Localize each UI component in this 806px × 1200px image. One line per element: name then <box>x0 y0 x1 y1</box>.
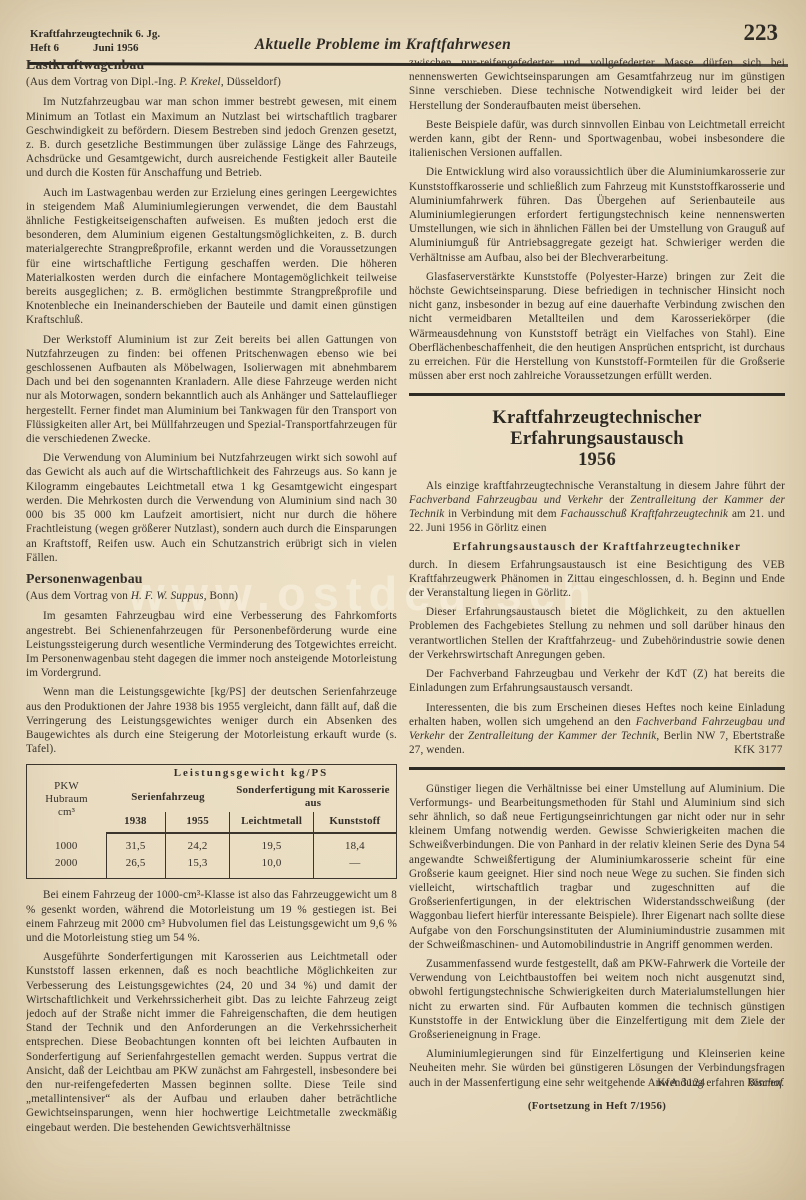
author-signature: Bischof <box>747 1077 783 1089</box>
paragraph: Wenn man die Leistungsgewichte [kg/PS] d… <box>26 685 397 756</box>
column-left: Lastkraftwagenbau (Aus dem Vortrag von D… <box>26 56 397 1192</box>
table-cell: 24,2 <box>165 833 230 855</box>
paragraph: Zusammenfassend wurde festgestellt, daß … <box>409 957 785 1042</box>
paragraph: Dieser Erfahrungsaustausch bietet die Mö… <box>409 605 785 662</box>
table-cell: 19,5 <box>230 833 313 855</box>
table-col-leichtmetall: Leichtmetall <box>230 812 313 833</box>
reference-code-kfa: KfA 3124Bischof <box>640 1076 783 1090</box>
table-col-kunststoff: Kunststoff <box>313 812 396 833</box>
paragraph: Interessenten, die bis zum Erscheinen di… <box>409 701 785 758</box>
table-cell: 10,0 <box>230 855 313 879</box>
paragraph: durch. In diesem Erfahrungsaustausch ist… <box>409 558 785 601</box>
paragraph: Auch im Lastwagenbau werden zur Erzielun… <box>26 186 397 328</box>
table-row: 2000 26,5 15,3 10,0 — <box>27 855 397 879</box>
paragraph: zwischen nur-reifengefederter und vollge… <box>409 56 785 113</box>
table-cell: 1000 <box>27 833 107 855</box>
paragraph: Im gesamten Fahrzeugbau wird eine Verbes… <box>26 609 397 680</box>
leistungsgewicht-table: PKW Hubraum cm³ Leistungsgewicht kg/PS S… <box>26 764 397 879</box>
paragraph: Ausgeführte Sonderfertigungen mit Kaross… <box>26 950 397 1135</box>
journal-page: Kraftfahrzeugtechnik 6. Jg. Heft 6 Juni … <box>0 0 806 1200</box>
table-row: 1000 31,5 24,2 19,5 18,4 <box>27 833 397 855</box>
paragraph: Der Werkstoff Aluminium ist zur Zeit ber… <box>26 333 397 447</box>
column-right: zwischen nur-reifengefederter und vollge… <box>409 56 785 1192</box>
paragraph: Bei einem Fahrzeug der 1000-cm³-Klasse i… <box>26 888 397 945</box>
table-col-1938: 1938 <box>106 812 165 833</box>
section-heading-lastkraftwagenbau: Lastkraftwagenbau <box>26 58 397 72</box>
table-cell: 31,5 <box>106 833 165 855</box>
article-heading: Kraftfahrzeugtechnischer Erfahrungsausta… <box>409 408 785 471</box>
paragraph: Glasfaserverstärkte Kunststoffe (Polyest… <box>409 270 785 384</box>
table-header-leistungsgewicht: Leistungsgewicht kg/PS <box>106 765 396 783</box>
page-number: 223 <box>744 20 779 46</box>
paragraph: Die Verwendung von Aluminium bei Nutzfah… <box>26 451 397 565</box>
table-group-serienfahrzeug: Serienfahrzeug <box>106 782 230 812</box>
event-title-line: Erfahrungsaustausch der Kraftfahrzeugtec… <box>409 540 785 554</box>
article-heading-line1: Kraftfahrzeugtechnischer Erfahrungsausta… <box>409 408 785 450</box>
attribution-suppus: (Aus dem Vortrag von H. F. W. Suppus, Bo… <box>26 589 397 603</box>
continuation-note: (Fortsetzung in Heft 7/1956) <box>409 1099 785 1113</box>
table-header-hubraum: PKW Hubraum cm³ <box>27 765 107 834</box>
running-title: Aktuelle Probleme im Kraftfahrwesen <box>0 36 766 54</box>
table-group-sonderfertigung: Sonderfertigung mit Karosserie aus <box>230 782 397 812</box>
paragraph: Beste Beispiele dafür, was durch sinnvol… <box>409 118 785 161</box>
table-col-1955: 1955 <box>165 812 230 833</box>
reference-code-kfk: KfK 3177 <box>717 743 783 757</box>
section-divider-rule <box>409 767 785 769</box>
paragraph: Der Fachverband Fahrzeugbau und Verkehr … <box>409 667 785 695</box>
table-cell: 18,4 <box>313 833 396 855</box>
paragraph: Im Nutzfahrzeugbau war man schon immer b… <box>26 95 397 180</box>
section-heading-personenwagenbau: Personenwagenbau <box>26 572 397 586</box>
table-cell: 15,3 <box>165 855 230 879</box>
paragraph: Als einzige kraftfahrzeugtechnische Vera… <box>409 479 785 536</box>
reference-code: KfA 3124 <box>657 1077 705 1089</box>
attribution-krekel: (Aus dem Vortrag von Dipl.-Ing. P. Kreke… <box>26 75 397 89</box>
section-divider-rule <box>409 393 785 395</box>
article-heading-line2: 1956 <box>409 450 785 471</box>
paragraph: Aluminiumlegierungen sind für Einzelfert… <box>409 1047 785 1090</box>
table-cell: — <box>313 855 396 879</box>
table-cell: 26,5 <box>106 855 165 879</box>
paragraph: Die Entwicklung wird also voraussichtlic… <box>409 165 785 264</box>
paragraph: Günstiger liegen die Verhältnisse bei ei… <box>409 782 785 952</box>
table-cell: 2000 <box>27 855 107 879</box>
